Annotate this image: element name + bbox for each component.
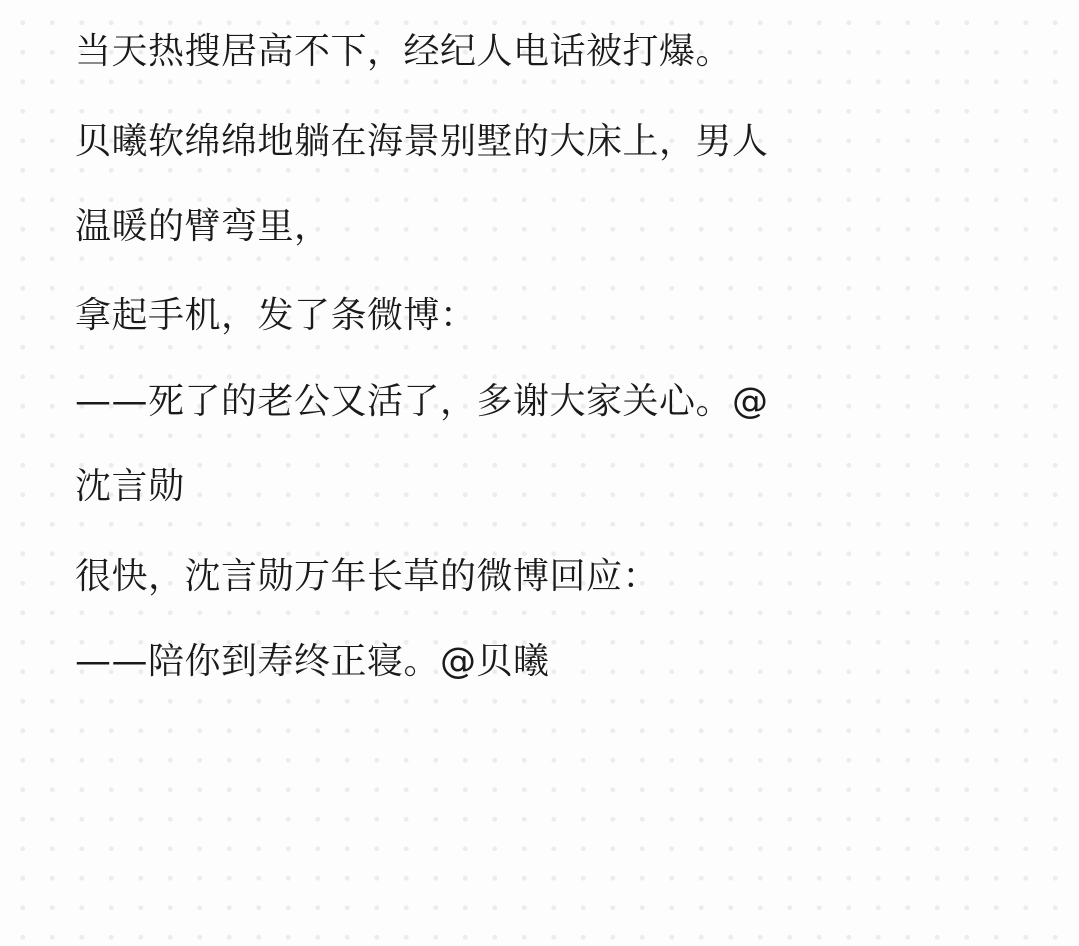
paragraph-line: 贝曦软绵绵地躺在海景别墅的大床上，男人 [75, 120, 769, 164]
paragraph-line: 拿起手机，发了条微博： [75, 294, 477, 338]
paragraph-line: 当天热搜居高不下，经纪人电话被打爆。 [75, 30, 732, 74]
paragraph-line: 很快，沈言勋万年长草的微博回应： [75, 555, 659, 599]
paragraph-line: ——死了的老公又活了，多谢大家关心。@ [75, 380, 769, 424]
paragraph-line: 沈言勋 [75, 465, 185, 509]
paragraph-line: ——陪你到寿终正寝。@贝曦 [75, 640, 550, 684]
paragraph-line: 温暖的臂弯里， [75, 205, 331, 249]
